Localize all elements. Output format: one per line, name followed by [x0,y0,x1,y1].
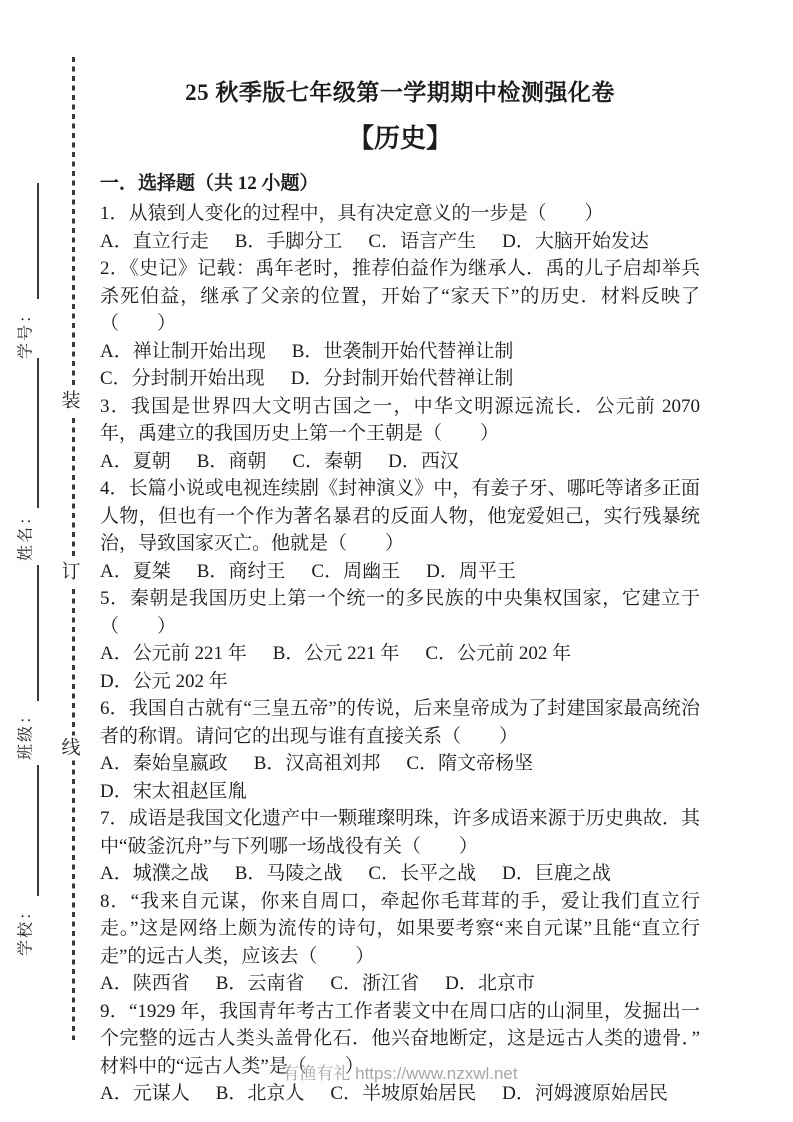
exam-paper-page: { "colors": { "ink": "#1c1c1c", "line": … [0,0,793,1122]
footer-url[interactable]: https://www.nzxwl.net [355,1064,518,1083]
question-stem: 8．“我来自元谋，你来自周口，牵起你毛茸茸的手，爱让我们直立行走。”这是网络上颇… [100,888,700,971]
option: A．夏朝 [100,448,171,476]
binding-dashed-line [72,57,75,1040]
question-stem: 7．成语是我国文化遗产中一颗璀璨明珠，许多成语来源于历史典故．其中“破釜沉舟”与… [100,805,700,860]
option: C．长平之战 [368,860,476,888]
margin-field-line [37,565,39,701]
margin-field-line [37,765,39,896]
binding-mark: 线 [60,736,81,761]
margin-field-label: 学校： [13,902,36,956]
question-options: A．禅让制开始出现B．世袭制开始代替禅让制C．分封制开始出现D．分封制开始代替禅… [100,338,700,393]
option: B．云南省 [216,970,305,998]
option: C．浙江省 [330,970,419,998]
exam-content: 25 秋季版七年级第一学期期中检测强化卷 【历史】 一．选择题（共 12 小题）… [100,76,700,1108]
option: C．秦朝 [292,448,362,476]
footer-watermark: 有渔有礼 https://www.nzxwl.net [100,1062,700,1086]
question-block: 7．成语是我国文化遗产中一颗璀璨明珠，许多成语来源于历史典故．其中“破釜沉舟”与… [100,805,700,888]
option: C．分封制开始出现 [100,365,265,393]
section-heading: 一．选择题（共 12 小题） [100,170,700,198]
option: A．城濮之战 [100,860,209,888]
question-options: A．秦始皇嬴政B．汉高祖刘邦C．隋文帝杨坚D．宋太祖赵匡胤 [100,750,700,805]
question-options: A．公元前 221 年B．公元 221 年C．公元前 202 年D．公元 202… [100,640,700,695]
question-options: A．城濮之战B．马陵之战C．长平之战D．巨鹿之战 [100,860,700,888]
margin-field-label: 学号： [13,305,36,359]
option: D．公元 202 年 [100,668,228,696]
question-block: 5．秦朝是我国历史上第一个统一的多民族的中央集权国家，它建立于（ ） A．公元前… [100,585,700,695]
question-block: 2．《史记》记载：禹年老时，推荐伯益作为继承人．禹的儿子启却举兵杀死伯益，继承了… [100,255,700,393]
margin-field-line [37,358,39,508]
question-stem: 4．长篇小说或电视连续剧《封神演义》中，有姜子牙、哪吒等诸多正面人物，但也有一个… [100,475,700,558]
option: B．汉高祖刘邦 [254,750,381,778]
question-block: 1．从猿到人变化的过程中，具有决定意义的一步是（ ） A．直立行走B．手脚分工C… [100,200,700,255]
question-options: A．夏朝B．商朝C．秦朝D．西汉 [100,448,700,476]
question-stem: 3．我国是世界四大文明古国之一，中华文明源远流长．公元前 2070 年，禹建立的… [100,393,700,448]
question-options: A．直立行走B．手脚分工C．语言产生D．大脑开始发达 [100,228,700,256]
question-block: 3．我国是世界四大文明古国之一，中华文明源远流长．公元前 2070 年，禹建立的… [100,393,700,476]
margin-field-label: 班级： [13,706,36,760]
question-block: 9．“1929 年，我国青年考古工作者裴文中在周口店的山洞里，发掘出一个完整的远… [100,998,700,1108]
question-block: 4．长篇小说或电视连续剧《封神演义》中，有姜子牙、哪吒等诸多正面人物，但也有一个… [100,475,700,585]
question-block: 8．“我来自元谋，你来自周口，牵起你毛茸茸的手，爱让我们直立行走。”这是网络上颇… [100,888,700,998]
question-block: 6．我国自古就有“三皇五帝”的传说，后来皇帝成为了封建国家最高统治者的称谓。请问… [100,695,700,805]
margin-field-label: 姓名： [13,507,36,561]
option: B．商纣王 [197,558,286,586]
option: C．周幽王 [311,558,400,586]
binding-mark: 装 [60,389,81,414]
option: D．分封制开始代替禅让制 [291,365,514,393]
option: A．秦始皇嬴政 [100,750,228,778]
option: B．世袭制开始代替禅让制 [292,338,514,366]
option: A．公元前 221 年 [100,640,247,668]
question-stem: 2．《史记》记载：禹年老时，推荐伯益作为继承人．禹的儿子启却举兵杀死伯益，继承了… [100,255,700,338]
question-stem: 1．从猿到人变化的过程中，具有决定意义的一步是（ ） [100,200,700,228]
question-options: A．陕西省B．云南省C．浙江省D．北京市 [100,970,700,998]
page-title: 25 秋季版七年级第一学期期中检测强化卷 [100,76,700,110]
option: A．直立行走 [100,228,209,256]
option: C．隋文帝杨坚 [406,750,533,778]
option: C．语言产生 [368,228,476,256]
question-options: A．夏桀B．商纣王C．周幽王D．周平王 [100,558,700,586]
page-subtitle: 【历史】 [100,120,700,158]
option: D．宋太祖赵匡胤 [100,778,247,806]
option: D．大脑开始发达 [502,228,649,256]
option: D．周平王 [426,558,516,586]
option: B．马陵之战 [235,860,343,888]
sealed-margin-rail: 学号： 姓名： 班级： 学校： 装订线 [0,0,95,1122]
question-stem: 5．秦朝是我国历史上第一个统一的多民族的中央集权国家，它建立于（ ） [100,585,700,640]
binding-mark: 订 [60,560,81,585]
option: D．北京市 [445,970,535,998]
option: B．公元 221 年 [273,640,400,668]
margin-field-line [37,183,39,299]
option: C．公元前 202 年 [425,640,571,668]
option: A．禅让制开始出现 [100,338,266,366]
option: D．西汉 [388,448,459,476]
option: B．商朝 [197,448,267,476]
option: B．手脚分工 [235,228,343,256]
option: A．陕西省 [100,970,190,998]
footer-brand: 有渔有礼 [282,1064,350,1083]
option: A．夏桀 [100,558,171,586]
option: D．巨鹿之战 [502,860,611,888]
question-list: 1．从猿到人变化的过程中，具有决定意义的一步是（ ） A．直立行走B．手脚分工C… [100,200,700,1108]
question-stem: 6．我国自古就有“三皇五帝”的传说，后来皇帝成为了封建国家最高统治者的称谓。请问… [100,695,700,750]
